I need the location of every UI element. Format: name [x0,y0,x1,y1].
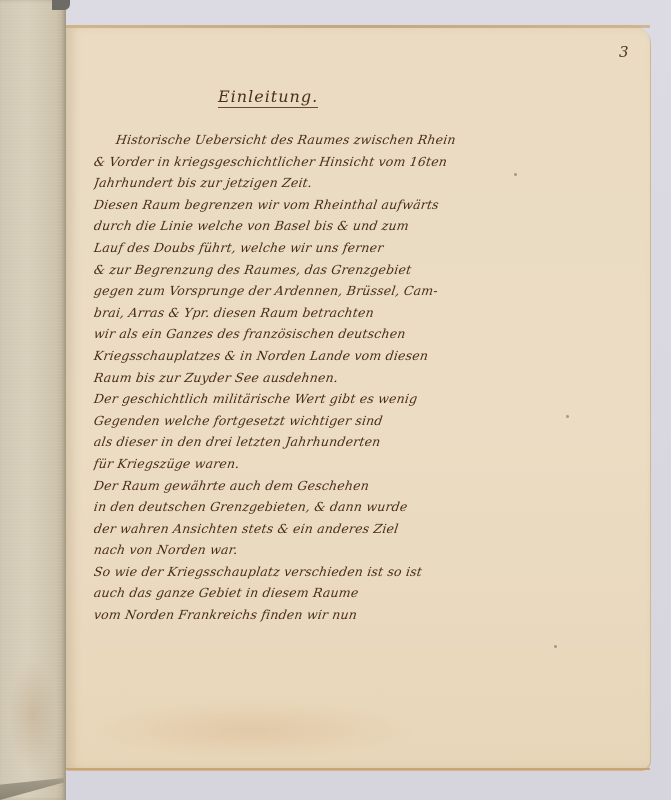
text-line: & zur Begrenzung des Raumes, das Grenzge… [92,259,515,281]
text-line: gegen zum Vorsprunge der Ardennen, Brüss… [92,280,515,302]
text-line: wir als ein Ganzes des französischen deu… [92,323,515,345]
handwritten-body: Historische Uebersicht des Raumes zwisch… [94,129,514,626]
cover-worn-corner-top [52,0,70,10]
text-line: & Vorder in kriegsgeschichtlicher Hinsic… [92,151,515,173]
text-line: Der Raum gewährte auch dem Geschehen [92,475,515,497]
text-line: Raum bis zur Zuyder See ausdehnen. [92,367,515,389]
page-number: 3 [619,43,629,61]
text-line: Kriegsschauplatzes & in Norden Lande vom… [92,345,515,367]
text-line: in den deutschen Grenzgebieten, & dann w… [92,496,515,518]
text-line: auch das ganze Gebiet in diesem Raume [92,582,515,604]
cover-stain [8,660,58,770]
text-line: als dieser in den drei letzten Jahrhunde… [92,431,515,453]
text-line: Jahrhundert bis zur jetzigen Zeit. [92,172,515,194]
text-line: Der geschichtlich militärische Wert gibt… [92,388,515,410]
text-line: So wie der Kriegsschauplatz verschieden … [92,561,515,583]
text-line: der wahren Ansichten stets & ein anderes… [92,518,515,540]
text-line: Gegenden welche fortgesetzt wichtiger si… [92,410,515,432]
text-line: durch die Linie welche von Basel bis & u… [92,215,515,237]
text-line: vom Norden Frankreichs finden wir nun [92,604,515,626]
text-line: Historische Uebersicht des Raumes zwisch… [92,129,515,151]
text-line: brai, Arras & Ypr. diesen Raum betrachte… [92,302,515,324]
page-water-stain [86,700,416,760]
ink-speck [514,173,517,176]
page-bottom-edge [66,768,650,770]
text-line: Lauf des Doubs führt, welche wir uns fer… [92,237,515,259]
text-line: nach von Norden war. [92,539,515,561]
page-top-edge [66,25,650,28]
text-line: Diesen Raum begrenzen wir vom Rheinthal … [92,194,515,216]
book-cover [0,0,66,800]
ink-speck [566,415,569,418]
ink-speck [554,645,557,648]
text-line: für Kriegszüge waren. [92,453,515,475]
manuscript-page: 3 Einleitung. Historische Uebersicht des… [66,25,650,770]
page-heading: Einleitung. [218,87,318,108]
